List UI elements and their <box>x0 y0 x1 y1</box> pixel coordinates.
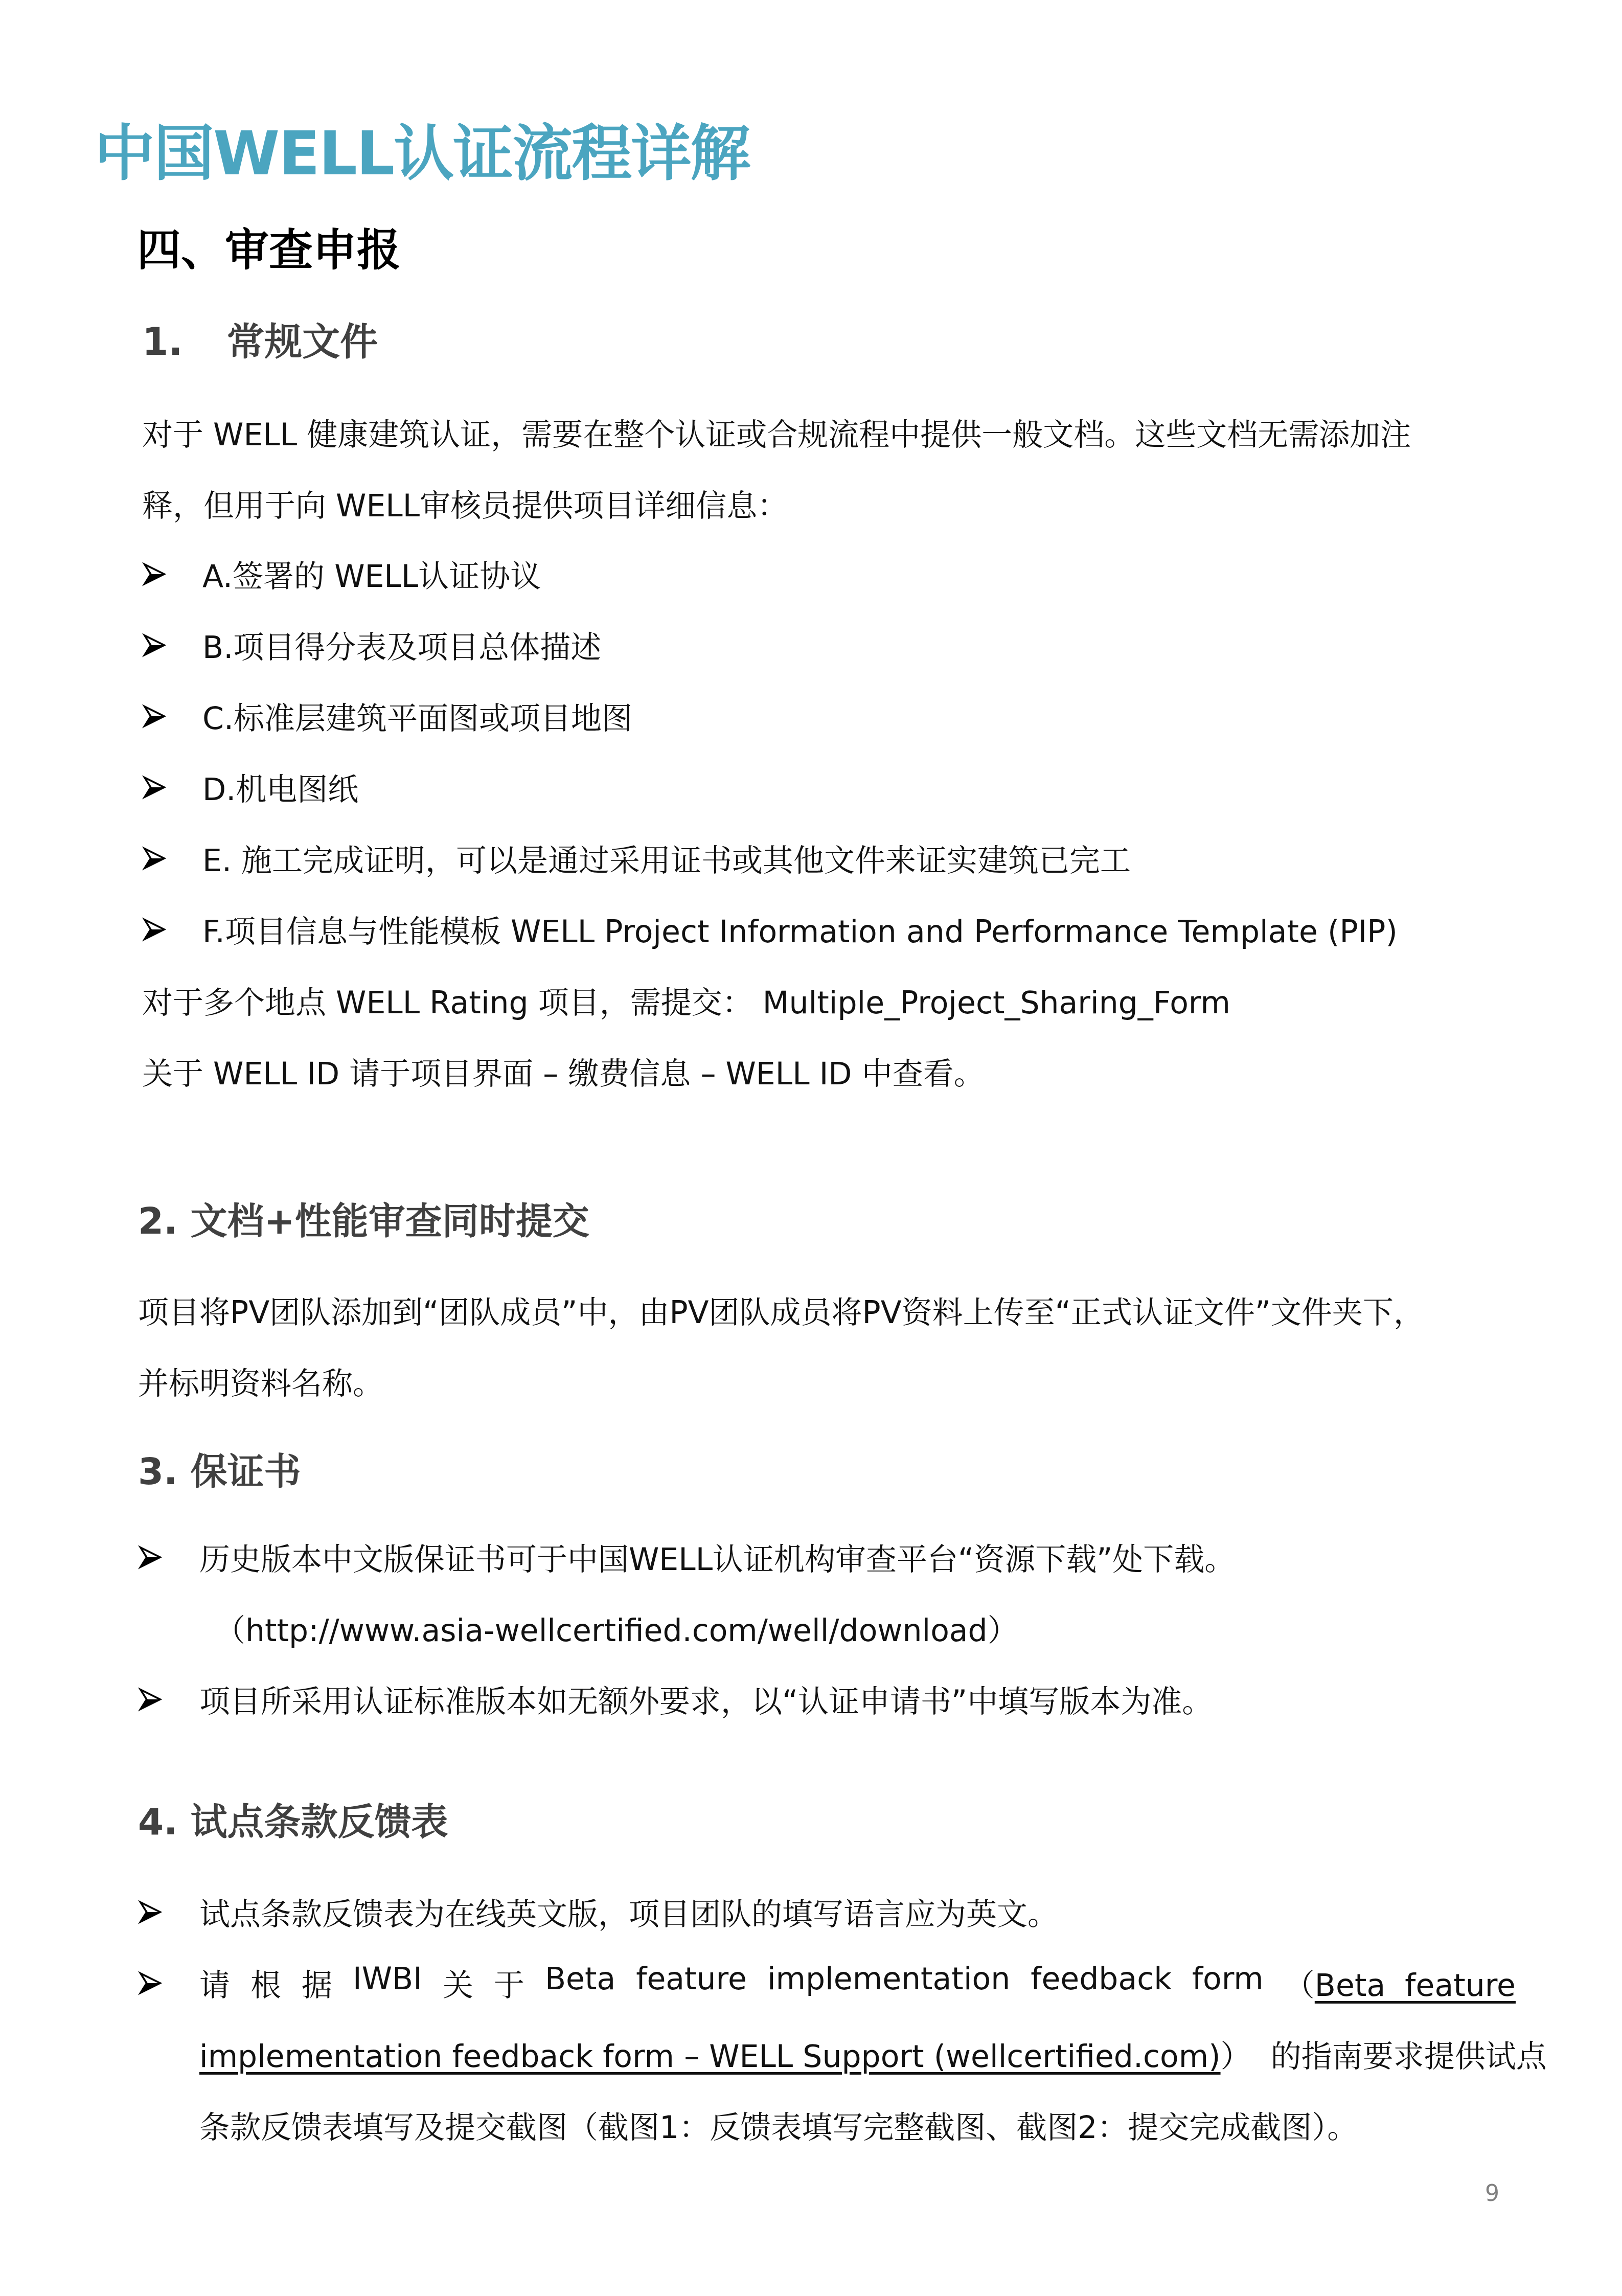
arrow-bullet-icon <box>142 633 167 657</box>
arrow-bullet-icon <box>142 704 167 729</box>
arrow-bullet-icon <box>142 775 167 800</box>
intro-line-1: 对于 WELL 健康建筑认证，需要在整个认证或合规流程中提供一般文档。这些文档无… <box>142 411 1411 454</box>
arrow-bullet-icon <box>142 562 167 586</box>
subsection-1-heading: 1. 常规文件 <box>142 312 378 366</box>
subsection-1-title: 常规文件 <box>226 320 378 364</box>
download-url: （http://www.asia-wellcertified.com/well/… <box>215 1606 1018 1650</box>
word: IWBI <box>353 1961 422 2005</box>
list-item-text: A.签署的 WELL认证协议 <box>202 552 541 596</box>
word: form <box>1192 1961 1264 2005</box>
subsection-4-heading: 4. 试点条款反馈表 <box>138 1792 448 1845</box>
list-item: 请 根 据 IWBI 关 于 Beta feature implementati… <box>138 1961 1516 2005</box>
section-2-line-1: 项目将PV团队添加到“团队成员”中，由PV团队成员将PV资料上传至“正式认证文件… <box>138 1288 1424 1332</box>
list-item-text: F.项目信息与性能模板 WELL Project Information and… <box>202 907 1398 951</box>
feedback-form-link[interactable]: Beta feature <box>1315 1968 1516 2004</box>
justified-line: 请 根 据 IWBI 关 于 Beta feature implementati… <box>199 1961 1516 2005</box>
word: Beta <box>545 1961 615 2005</box>
section-heading: 四、审查申报 <box>137 215 401 278</box>
subsection-1-number: 1. <box>142 320 183 364</box>
section-2-line-2: 并标明资料名称。 <box>138 1359 383 1403</box>
list-item: B.项目得分表及项目总体描述 <box>142 623 601 667</box>
note-multiple-project: 对于多个地点 WELL Rating 项目，需提交： Multiple_Proj… <box>142 979 1230 1022</box>
document-title: 中国WELL认证流程详解 <box>95 105 749 192</box>
arrow-bullet-icon <box>138 1900 163 1924</box>
word: 于 <box>494 1961 524 2005</box>
list-item-text: B.项目得分表及项目总体描述 <box>202 623 601 667</box>
word: implementation <box>767 1961 1010 2005</box>
list-item-text: 试点条款反馈表为在线英文版，项目团队的填写语言应为英文。 <box>199 1890 1058 1934</box>
list-item: D.机电图纸 <box>142 765 358 809</box>
bullet-continuation-line: implementation feedback form – WELL Supp… <box>199 2032 1547 2076</box>
list-item: F.项目信息与性能模板 WELL Project Information and… <box>142 907 1398 951</box>
word: 据 <box>302 1961 332 2005</box>
list-item-text: D.机电图纸 <box>202 765 358 809</box>
list-item-text: 历史版本中文版保证书可于中国WELL认证机构审查平台“资源下载”处下载。 <box>199 1535 1235 1579</box>
list-item: 历史版本中文版保证书可于中国WELL认证机构审查平台“资源下载”处下载。 <box>138 1535 1235 1579</box>
word: feedback <box>1031 1961 1172 2005</box>
list-item-text: E. 施工完成证明，可以是通过采用证书或其他文件来证实建筑已完工 <box>202 836 1131 880</box>
list-item: A.签署的 WELL认证协议 <box>142 552 541 596</box>
list-item-text: 项目所采用认证标准版本如无额外要求，以“认证申请书”中填写版本为准。 <box>199 1677 1213 1721</box>
page-number: 9 <box>1485 2180 1499 2207</box>
arrow-bullet-icon <box>142 917 167 942</box>
arrow-bullet-icon <box>142 846 167 871</box>
list-item: 项目所采用认证标准版本如无额外要求，以“认证申请书”中填写版本为准。 <box>138 1677 1213 1721</box>
list-item: 试点条款反馈表为在线英文版，项目团队的填写语言应为英文。 <box>138 1890 1058 1934</box>
list-item: E. 施工完成证明，可以是通过采用证书或其他文件来证实建筑已完工 <box>142 836 1131 880</box>
subsection-3-heading: 3. 保证书 <box>138 1442 301 1495</box>
subsection-2-heading: 2. 文档+性能审查同时提交 <box>138 1191 589 1244</box>
word: 关 <box>443 1961 473 2005</box>
word: 请 <box>199 1961 230 2005</box>
note-well-id: 关于 WELL ID 请于项目界面 – 缴费信息 – WELL ID 中查看。 <box>142 1050 985 1094</box>
arrow-bullet-icon <box>138 1545 163 1570</box>
bullet-continuation-line: 条款反馈表填写及提交截图（截图1：反馈表填写完整截图、截图2：提交完成截图）。 <box>199 2103 1358 2147</box>
word: 根 <box>250 1961 281 2005</box>
arrow-bullet-icon <box>138 1971 163 1995</box>
word: feature <box>636 1961 747 2005</box>
arrow-bullet-icon <box>138 1687 163 1712</box>
intro-line-2: 释，但用于向 WELL审核员提供项目详细信息： <box>142 482 788 526</box>
feedback-form-link[interactable]: implementation feedback form – WELL Supp… <box>199 2039 1221 2075</box>
continuation-text: ） 的指南要求提供试点 <box>1221 2039 1547 2075</box>
word: （ <box>1284 1968 1315 2004</box>
list-item: C.标准层建筑平面图或项目地图 <box>142 694 632 738</box>
list-item-text: C.标准层建筑平面图或项目地图 <box>202 694 632 738</box>
